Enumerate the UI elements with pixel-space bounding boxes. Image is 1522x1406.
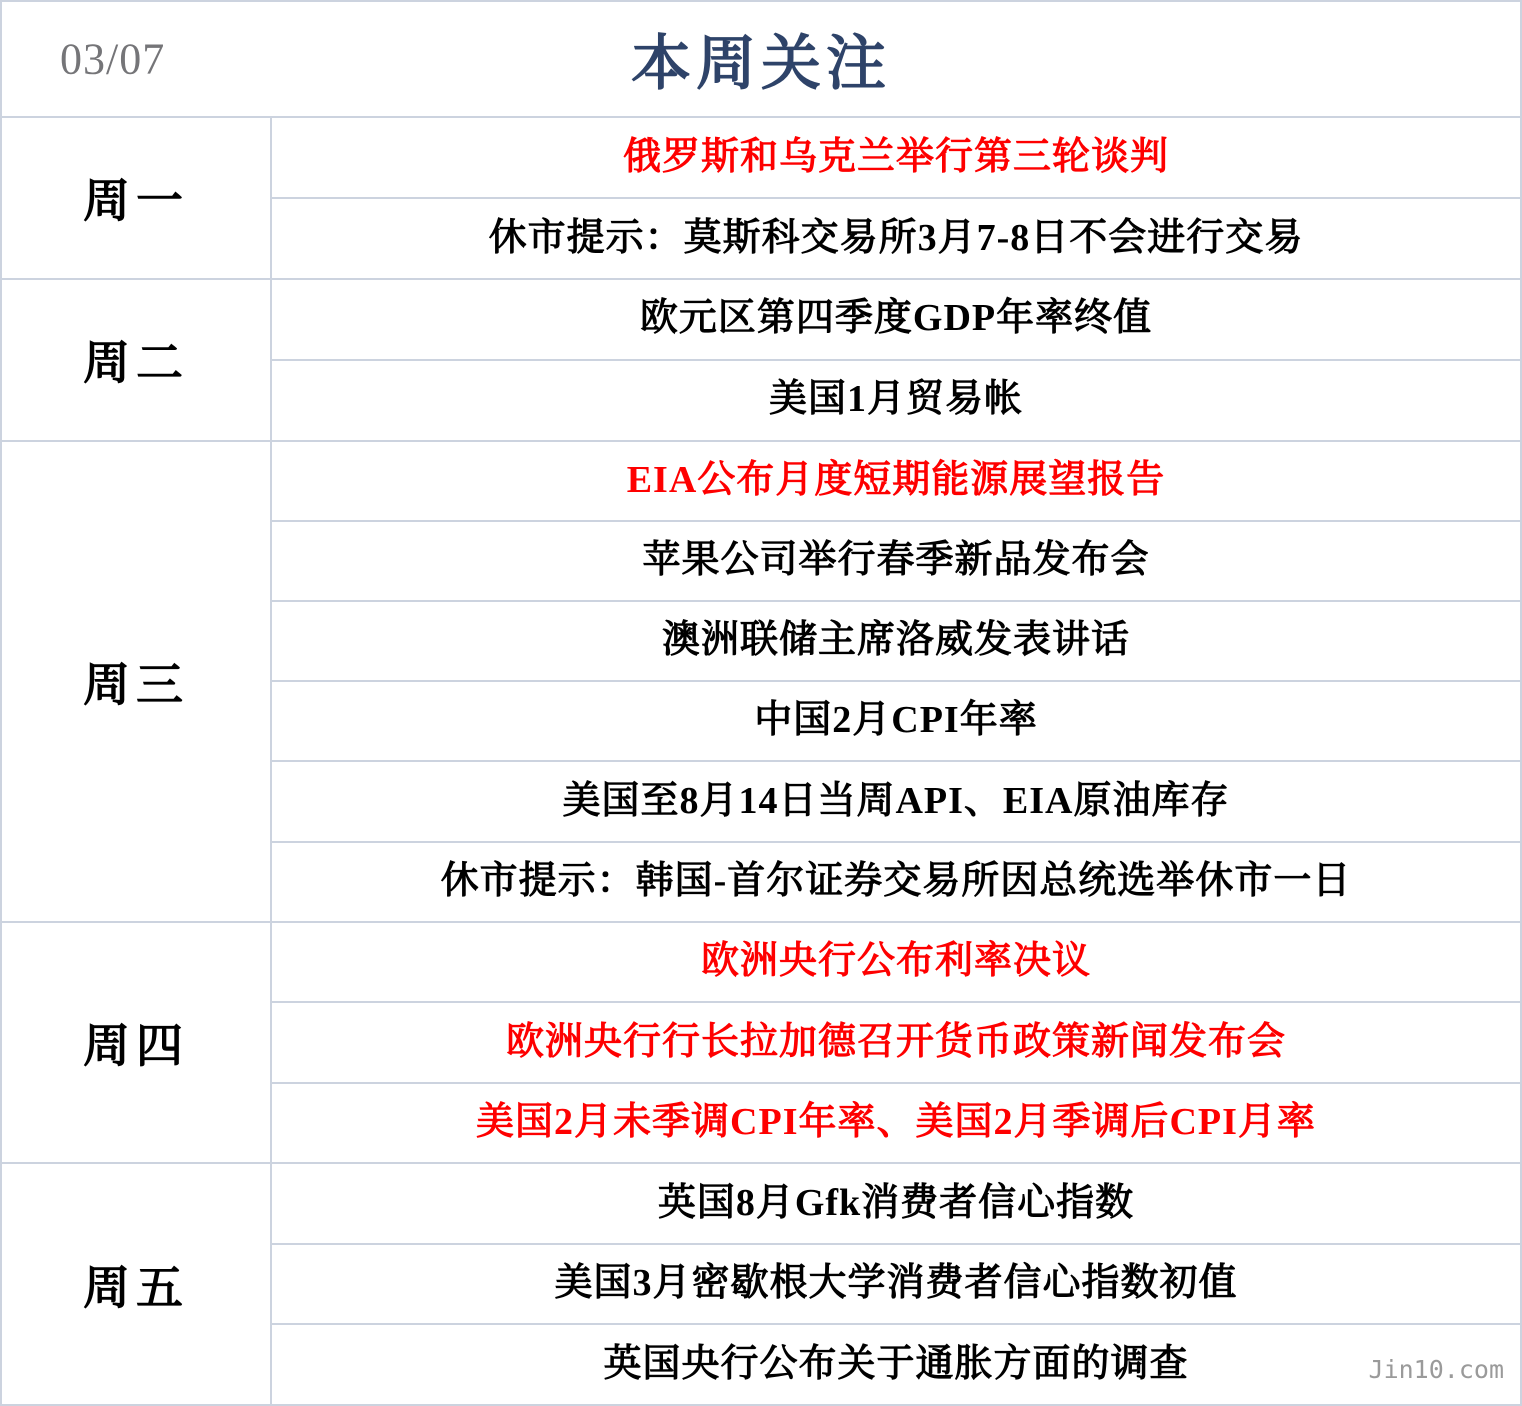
- event-text: 美国2月未季调CPI年率、美国2月季调后CPI月率: [476, 1100, 1316, 1146]
- event-text: 欧元区第四季度GDP年率终值: [640, 296, 1152, 342]
- page-title: 本周关注: [631, 16, 891, 102]
- event-row: 美国2月未季调CPI年率、美国2月季调后CPI月率: [272, 1082, 1520, 1163]
- event-text: 欧洲央行行长拉加德召开货币政策新闻发布会: [506, 1020, 1286, 1066]
- day-section: 周一俄罗斯和乌克兰举行第三轮谈判休市提示：莫斯科交易所3月7-8日不会进行交易: [2, 118, 1520, 278]
- event-row: 休市提示：韩国-首尔证券交易所因总统选举休市一日: [272, 841, 1520, 921]
- event-text: 休市提示：莫斯科交易所3月7-8日不会进行交易: [489, 216, 1304, 262]
- day-section: 周五英国8月Gfk消费者信心指数美国3月密歇根大学消费者信心指数初值英国央行公布…: [2, 1162, 1520, 1404]
- day-section: 周三EIA公布月度短期能源展望报告苹果公司举行春季新品发布会澳洲联储主席洛威发表…: [2, 440, 1520, 921]
- event-text: 美国1月贸易帐: [769, 377, 1023, 423]
- event-row: 中国2月CPI年率: [272, 680, 1520, 760]
- event-row: 欧洲央行公布利率决议: [272, 923, 1520, 1002]
- event-text: 澳洲联储主席洛威发表讲话: [662, 618, 1130, 664]
- event-text: 休市提示：韩国-首尔证券交易所因总统选举休市一日: [441, 859, 1352, 905]
- day-label: 周四: [83, 1009, 189, 1076]
- day-section: 周二欧元区第四季度GDP年率终值美国1月贸易帐: [2, 278, 1520, 440]
- day-events: 俄罗斯和乌克兰举行第三轮谈判休市提示：莫斯科交易所3月7-8日不会进行交易: [272, 118, 1520, 278]
- event-row: 英国央行公布关于通胀方面的调查: [272, 1323, 1520, 1404]
- day-events: 欧洲央行公布利率决议欧洲央行行长拉加德召开货币政策新闻发布会美国2月未季调CPI…: [272, 923, 1520, 1163]
- day-label-cell: 周三: [2, 442, 272, 921]
- event-row: 英国8月Gfk消费者信心指数: [272, 1164, 1520, 1243]
- event-text: 苹果公司举行春季新品发布会: [642, 538, 1149, 584]
- event-text: 欧洲央行公布利率决议: [701, 939, 1091, 985]
- event-text: EIA公布月度短期能源展望报告: [627, 458, 1166, 504]
- day-label-cell: 周一: [2, 118, 272, 278]
- jin10-watermark: Jin10.com: [1369, 1355, 1504, 1384]
- day-label-cell: 周四: [2, 923, 272, 1163]
- event-row: 欧洲央行行长拉加德召开货币政策新闻发布会: [272, 1001, 1520, 1082]
- event-text: 美国至8月14日当周API、EIA原油库存: [562, 779, 1229, 825]
- day-label: 周三: [83, 648, 189, 715]
- day-label-cell: 周二: [2, 280, 272, 440]
- day-section: 周四欧洲央行公布利率决议欧洲央行行长拉加德召开货币政策新闻发布会美国2月未季调C…: [2, 921, 1520, 1163]
- event-row: 休市提示：莫斯科交易所3月7-8日不会进行交易: [272, 197, 1520, 278]
- week-table: 周一俄罗斯和乌克兰举行第三轮谈判休市提示：莫斯科交易所3月7-8日不会进行交易周…: [2, 116, 1520, 1404]
- event-row: 欧元区第四季度GDP年率终值: [272, 280, 1520, 359]
- event-text: 英国8月Gfk消费者信心指数: [658, 1181, 1134, 1227]
- page-header: 03/07 本周关注: [2, 2, 1520, 116]
- weekly-focus-page: 03/07 本周关注 周一俄罗斯和乌克兰举行第三轮谈判休市提示：莫斯科交易所3月…: [0, 0, 1522, 1406]
- event-row: EIA公布月度短期能源展望报告: [272, 442, 1520, 520]
- event-text: 俄罗斯和乌克兰举行第三轮谈判: [623, 135, 1169, 181]
- day-label: 周五: [83, 1251, 189, 1318]
- event-row: 澳洲联储主席洛威发表讲话: [272, 600, 1520, 680]
- day-label: 周一: [83, 164, 189, 231]
- day-events: 英国8月Gfk消费者信心指数美国3月密歇根大学消费者信心指数初值英国央行公布关于…: [272, 1164, 1520, 1404]
- event-row: 美国3月密歇根大学消费者信心指数初值: [272, 1243, 1520, 1324]
- day-events: 欧元区第四季度GDP年率终值美国1月贸易帐: [272, 280, 1520, 440]
- event-row: 俄罗斯和乌克兰举行第三轮谈判: [272, 118, 1520, 197]
- day-label-cell: 周五: [2, 1164, 272, 1404]
- event-row: 美国1月贸易帐: [272, 359, 1520, 440]
- event-text: 美国3月密歇根大学消费者信心指数初值: [554, 1261, 1237, 1307]
- day-events: EIA公布月度短期能源展望报告苹果公司举行春季新品发布会澳洲联储主席洛威发表讲话…: [272, 442, 1520, 921]
- event-text: 中国2月CPI年率: [754, 698, 1037, 744]
- day-label: 周二: [83, 326, 189, 393]
- header-date: 03/07: [60, 34, 165, 85]
- event-row: 苹果公司举行春季新品发布会: [272, 520, 1520, 600]
- event-text: 英国央行公布关于通胀方面的调查: [603, 1342, 1188, 1388]
- event-row: 美国至8月14日当周API、EIA原油库存: [272, 760, 1520, 840]
